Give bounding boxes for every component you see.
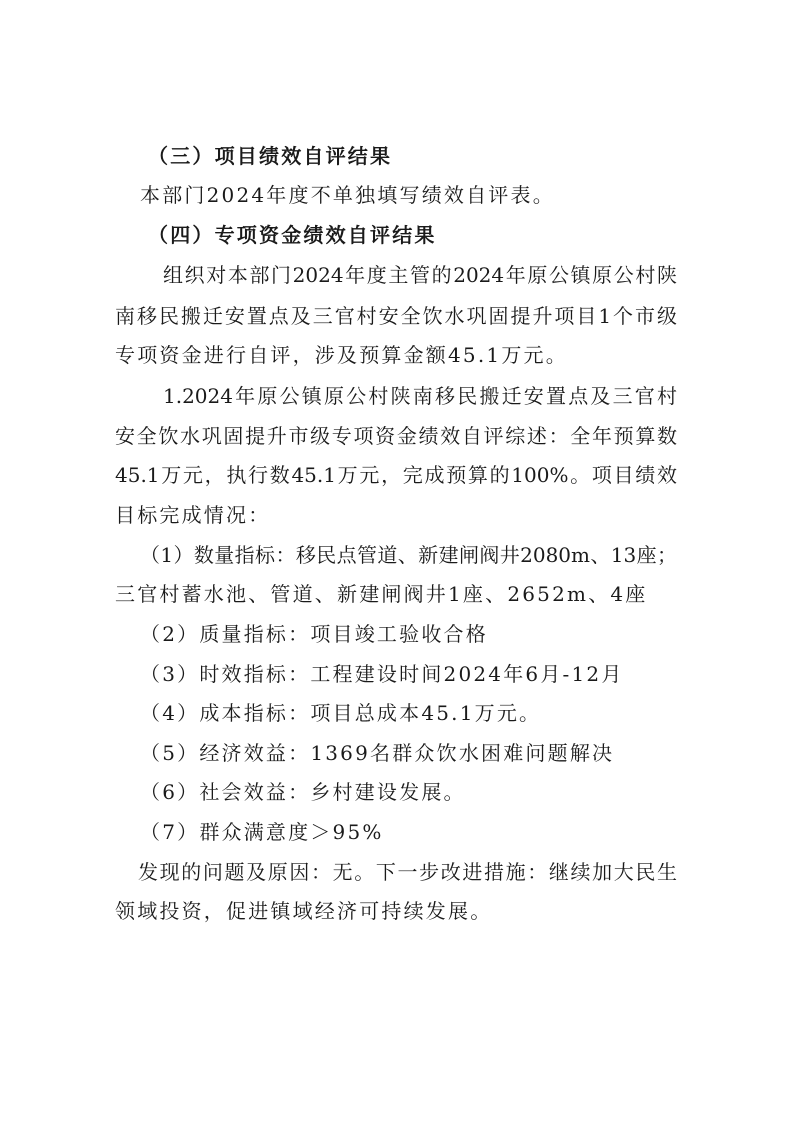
paragraph-intro-line-3: 专项资金进行自评，涉及预算金额45.1万元。 bbox=[115, 343, 568, 367]
indicator-cost: （4）成本指标：项目总成本45.1万元。 bbox=[140, 701, 541, 725]
indicator-satisfaction: （7）群众满意度＞95% bbox=[140, 820, 384, 844]
summary-line-1: 1.2024年原公镇原公村陕南移民搬迁安置点及三官村 bbox=[163, 384, 677, 408]
summary-line-2: 安全饮水巩固提升市级专项资金绩效自评综述：全年预算数 bbox=[115, 424, 677, 448]
section-heading-performance-self-eval: （三）项目绩效自评结果 bbox=[148, 144, 392, 168]
indicator-economic-benefit: （5）经济效益：1369名群众饮水困难问题解决 bbox=[140, 741, 614, 765]
conclusion-line-2: 领域投资，促进镇域经济可持续发展。 bbox=[115, 899, 492, 923]
indicator-quality: （2）质量指标：项目竣工验收合格 bbox=[140, 622, 488, 646]
section-heading-special-fund-eval: （四）专项资金绩效自评结果 bbox=[148, 223, 437, 247]
summary-line-4: 目标完成情况： bbox=[115, 503, 270, 527]
indicator-social-benefit: （6）社会效益：乡村建设发展。 bbox=[140, 780, 466, 804]
paragraph-intro-line-1: 组织对本部门2024年度主管的2024年原公镇原公村陕 bbox=[163, 263, 677, 287]
paragraph-no-separate-form: 本部门2024年度不单独填写绩效自评表。 bbox=[140, 183, 555, 207]
indicator-quantity: （1）数量指标：移民点管道、新建闸阀井2080m、13座； bbox=[140, 543, 677, 567]
indicator-timeliness: （3）时效指标：工程建设时间2024年6月-12月 bbox=[140, 662, 624, 686]
conclusion-line-1: 发现的问题及原因：无。下一步改进措施：继续加大民生 bbox=[138, 860, 677, 884]
indicator-quantity-continued: 三官村蓄水池、管道、新建闸阀井1座、2652m、4座 bbox=[115, 582, 648, 606]
summary-line-3: 45.1万元，执行数45.1万元，完成预算的100%。项目绩效 bbox=[115, 463, 677, 487]
paragraph-intro-line-2: 南移民搬迁安置点及三官村安全饮水巩固提升项目1个市级 bbox=[115, 304, 677, 328]
